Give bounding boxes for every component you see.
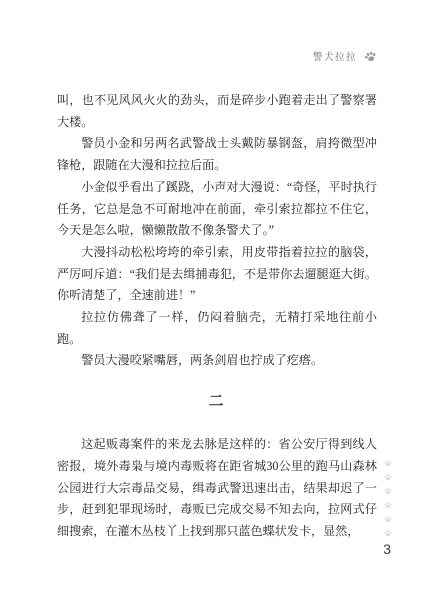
page-body: 叫，也不见风风火火的劲头，而是碎步小跑着走出了警察署大楼。 警员小金和另两名武警… (57, 90, 377, 543)
paragraph: 警员小金和另两名武警战士头戴防暴钢盔，肩挎微型冲锋枪，跟随在大漫和拉拉后面。 (57, 133, 377, 176)
paw-mark-icon (384, 529, 392, 537)
paw-mark-icon (384, 473, 392, 481)
paragraph: 大漫抖动松松垮垮的牵引索，用皮带指着拉拉的脑袋，严厉呵斥道：“我们是去缉捕毒犯，… (57, 242, 377, 307)
book-page: 警犬拉拉 叫，也不见风风火火的劲头，而是碎步小跑着走出了警察署大楼。 警员小金和… (0, 0, 422, 600)
paragraph: 拉拉仿佛聋了一样，仍闷着脑壳，无精打采地往前小跑。 (57, 307, 377, 350)
paw-mark-icon (384, 487, 392, 495)
running-head-title: 警犬拉拉 (313, 49, 357, 63)
paw-mark-icon (384, 459, 392, 467)
paw-icon (362, 48, 378, 64)
paragraph: 这起贩毒案件的来龙去脉是这样的：省公安厅得到线人密报，境外毒枭与境内毒贩将在距省… (57, 434, 377, 543)
paragraph: 小金似乎看出了蹊跷，小声对大漫说：“奇怪，平时执行任务，它总是急不可耐地冲在前面… (57, 177, 377, 242)
paw-marks-column (384, 459, 392, 537)
chapter-heading: 二 (57, 392, 377, 412)
paw-mark-icon (384, 515, 392, 523)
running-head: 警犬拉拉 (313, 49, 377, 63)
paragraph: 叫，也不见风风火火的劲头，而是碎步小跑着走出了警察署大楼。 (57, 90, 377, 133)
page-number: 3 (383, 541, 391, 557)
paragraph: 警员大漫咬紧嘴唇，两条剑眉也拧成了疙瘩。 (57, 350, 377, 372)
paw-mark-icon (384, 501, 392, 509)
